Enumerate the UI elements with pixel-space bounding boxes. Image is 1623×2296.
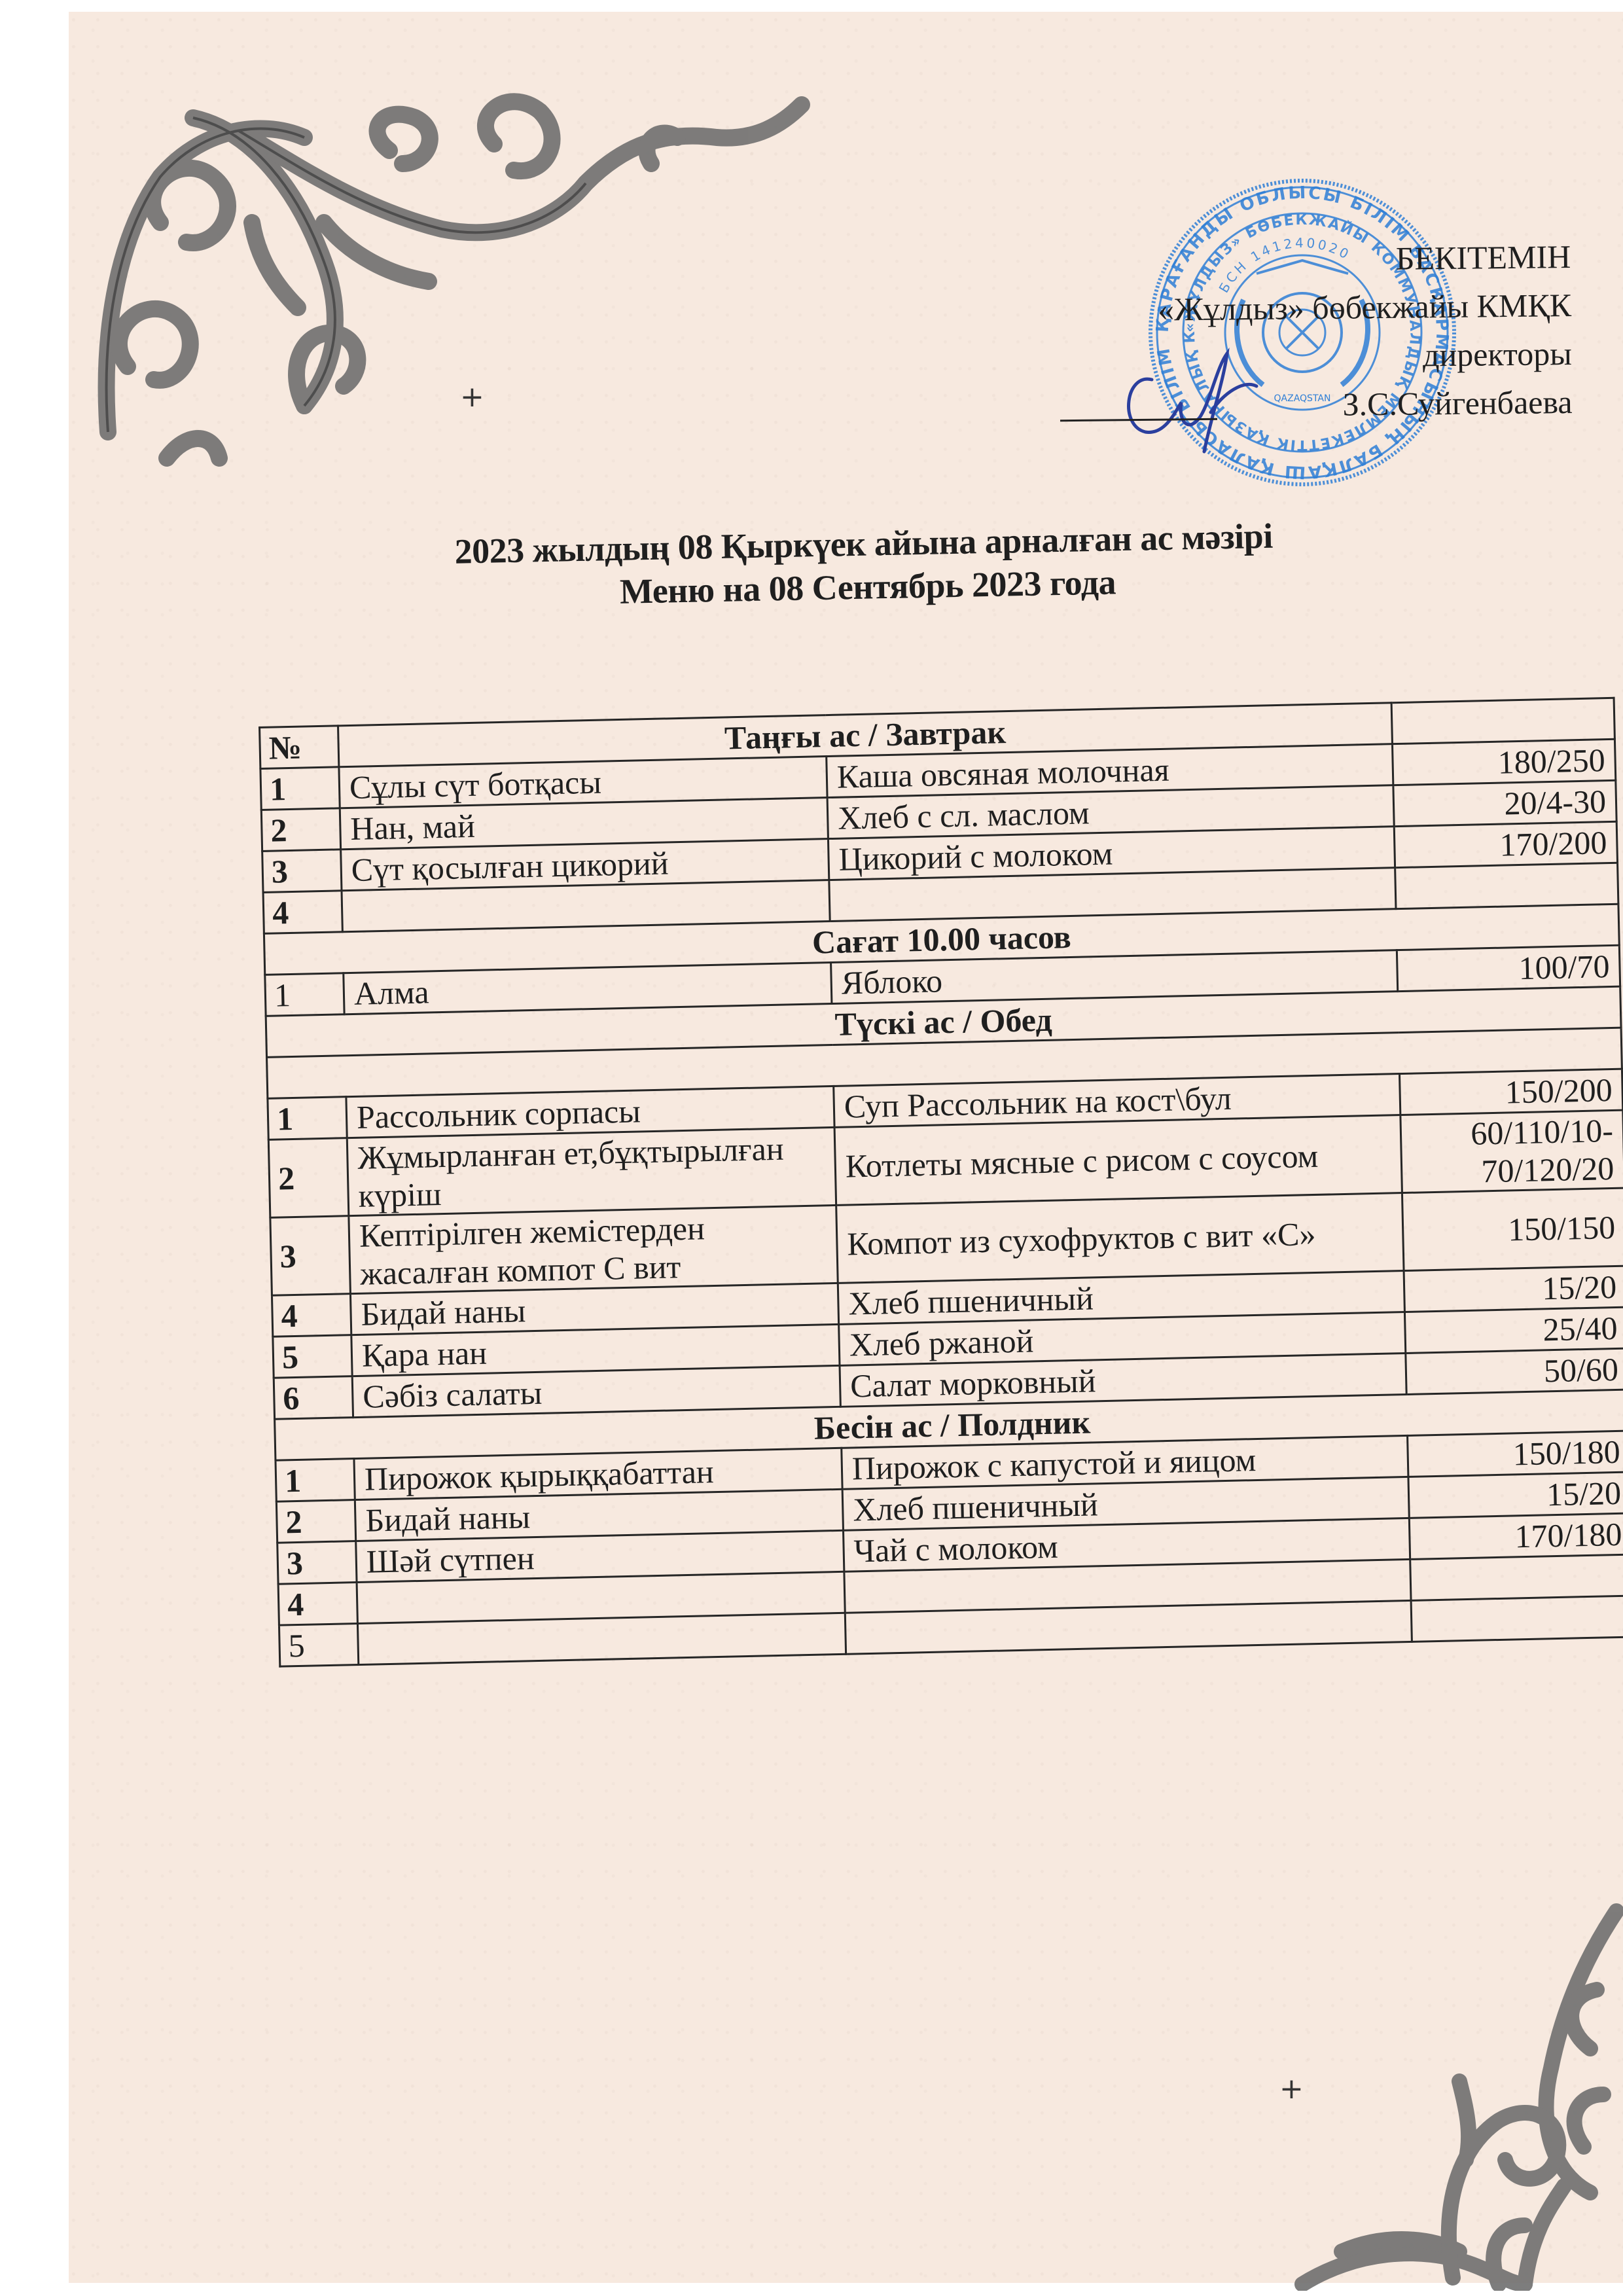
row-number: 5 bbox=[273, 1335, 352, 1378]
portion-weight: 150/180 bbox=[1408, 1431, 1623, 1477]
row-number: 6 bbox=[274, 1376, 353, 1420]
portion-weight: 100/70 bbox=[1397, 945, 1620, 991]
dish-russian: Котлеты мясные с рисом с соусом bbox=[834, 1115, 1402, 1206]
row-number: 1 bbox=[276, 1459, 355, 1502]
row-number: 3 bbox=[262, 850, 342, 893]
approval-heading: БЕКІТЕМІН bbox=[1157, 232, 1571, 285]
portion-weight: 50/60 bbox=[1406, 1348, 1623, 1394]
portion-weight: 20/4-30 bbox=[1393, 780, 1616, 826]
portion-weight: 170/200 bbox=[1394, 821, 1617, 867]
row-number: 4 bbox=[278, 1583, 357, 1626]
row-number: 1 bbox=[268, 1097, 347, 1140]
row-number: 1 bbox=[265, 973, 344, 1016]
row-number: 3 bbox=[270, 1216, 351, 1296]
menu-table-container: № Таңғы ас / Завтрак 1Сұлы сүт ботқасыКа… bbox=[259, 696, 1623, 1667]
approval-position: директоры bbox=[1158, 329, 1573, 382]
row-number: 2 bbox=[268, 1138, 349, 1218]
corner-ornament-top-left bbox=[88, 92, 841, 497]
row-number: 4 bbox=[272, 1294, 351, 1337]
dish-kazakh: Кептірілген жемістерден жасалған компот … bbox=[349, 1205, 838, 1293]
portion-weight: 15/20 bbox=[1404, 1266, 1623, 1312]
registration-mark: + bbox=[460, 383, 484, 412]
portion-weight: 60/110/10-70/120/20 bbox=[1400, 1110, 1623, 1193]
portion-weight: 15/20 bbox=[1408, 1472, 1623, 1518]
menu-table: № Таңғы ас / Завтрак 1Сұлы сүт ботқасыКа… bbox=[259, 697, 1623, 1668]
row-number: 2 bbox=[261, 808, 340, 852]
portion-weight: 25/40 bbox=[1404, 1307, 1623, 1353]
approval-name: З.С.Суйгенбаева bbox=[1159, 378, 1573, 431]
portion-weight bbox=[1395, 863, 1618, 908]
dish-russian: Компот из сухофруктов с вит «С» bbox=[836, 1193, 1404, 1283]
empty-cell bbox=[1391, 698, 1614, 744]
dish-kazakh: Жұмырланған ет,бұқтырылған күріш bbox=[347, 1127, 836, 1215]
portion-weight: 150/150 bbox=[1402, 1188, 1623, 1270]
portion-weight: 150/200 bbox=[1399, 1069, 1622, 1115]
portion-weight bbox=[1411, 1596, 1623, 1641]
approval-organization: «Жұлдыз» бөбекжайы КМҚК bbox=[1158, 281, 1572, 334]
portion-weight: 170/180 bbox=[1409, 1513, 1623, 1559]
portion-weight: 180/250 bbox=[1392, 739, 1615, 785]
portion-weight bbox=[1410, 1554, 1623, 1600]
row-number: 2 bbox=[276, 1500, 355, 1543]
row-number: 5 bbox=[279, 1624, 358, 1667]
approval-block: БЕКІТЕМІН «Жұлдыз» бөбекжайы КМҚК директ… bbox=[1157, 232, 1573, 431]
number-header: № bbox=[260, 726, 339, 769]
row-number: 3 bbox=[277, 1541, 357, 1585]
registration-mark: + bbox=[1279, 2075, 1304, 2104]
row-number: 4 bbox=[263, 891, 342, 934]
row-number: 1 bbox=[260, 767, 340, 810]
